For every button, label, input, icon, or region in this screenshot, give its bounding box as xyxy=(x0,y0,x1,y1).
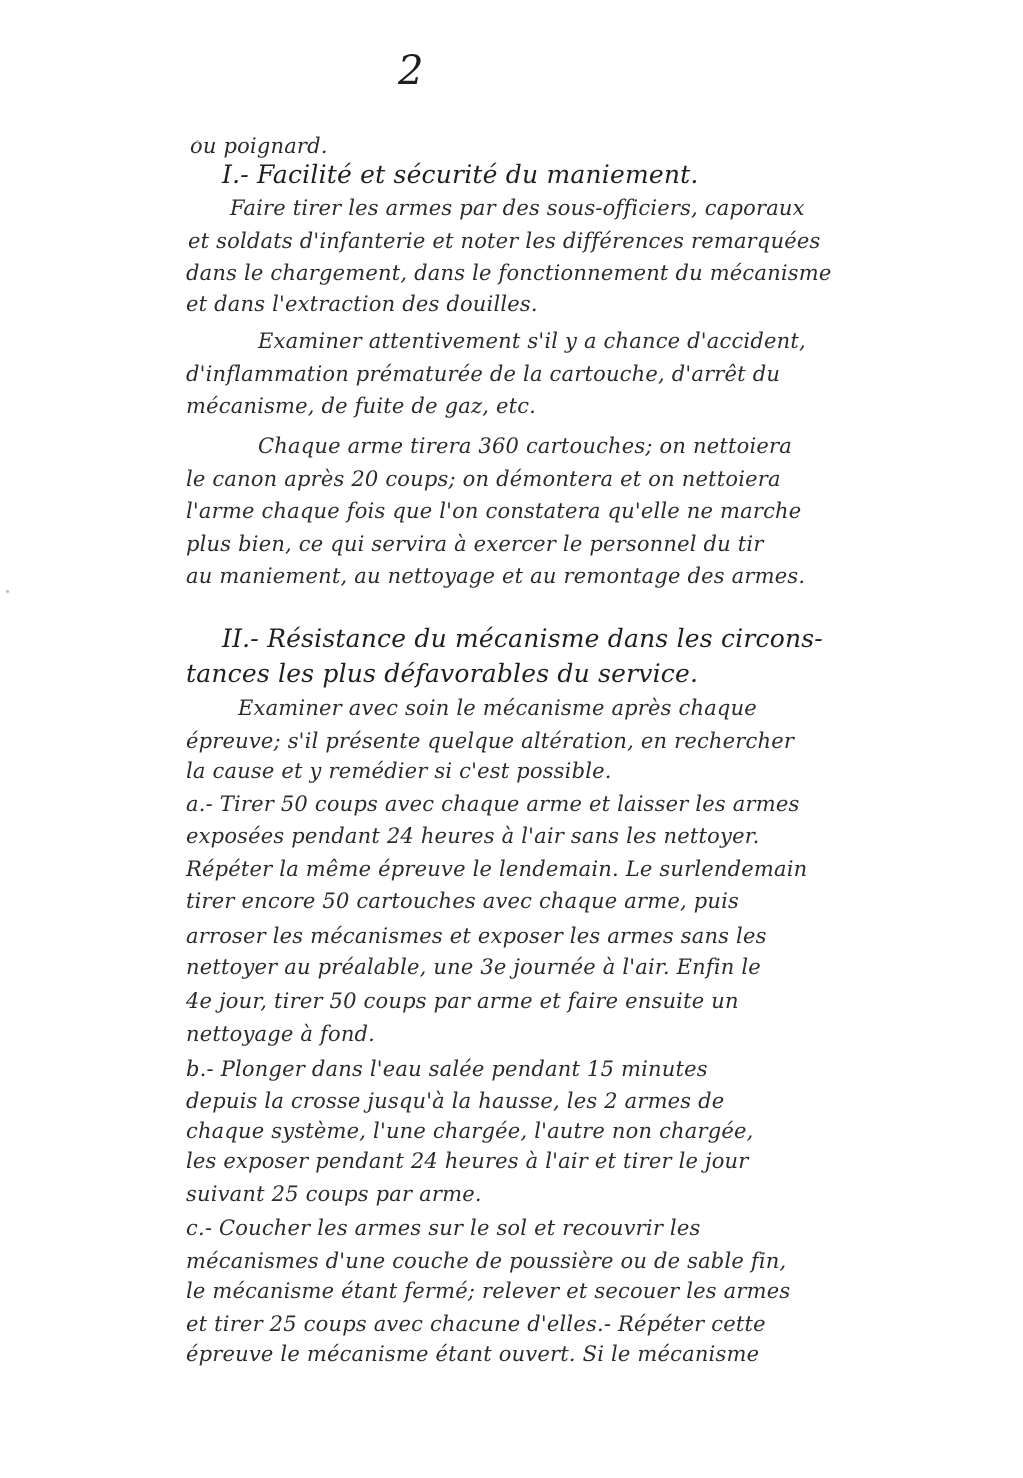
text-line: mécanisme, de fuite de gaz, etc. xyxy=(186,394,536,418)
text-line: Examiner avec soin le mécanisme après ch… xyxy=(238,696,757,720)
text-line: b.- Plonger dans l'eau salée pendant 15 … xyxy=(186,1057,708,1081)
document-page: 2 ou poignard.I.- Facilité et sécurité d… xyxy=(0,0,1023,1478)
paper-speck xyxy=(6,590,9,593)
section-heading-line: I.- Facilité et sécurité du maniement. xyxy=(222,160,699,189)
text-line: plus bien, ce qui servira à exercer le p… xyxy=(186,532,764,556)
text-line: le mécanisme étant fermé; relever et sec… xyxy=(186,1279,790,1303)
text-line: et tirer 25 coups avec chacune d'elles.-… xyxy=(186,1312,766,1336)
text-line: le canon après 20 coups; on démontera et… xyxy=(186,467,781,491)
text-line: l'arme chaque fois que l'on constatera q… xyxy=(186,499,801,523)
text-line: Examiner attentivement s'il y a chance d… xyxy=(258,329,806,353)
text-line: exposées pendant 24 heures à l'air sans … xyxy=(186,824,760,848)
text-line: Répéter la même épreuve le lendemain. Le… xyxy=(186,857,807,881)
text-line: et dans l'extraction des douilles. xyxy=(186,292,538,316)
text-line: nettoyer au préalable, une 3e journée à … xyxy=(186,955,761,979)
text-line: suivant 25 coups par arme. xyxy=(186,1182,482,1206)
section-heading-line: tances les plus défavorables du service. xyxy=(186,659,698,688)
text-line: ou poignard. xyxy=(190,134,328,158)
text-line: les exposer pendant 24 heures à l'air et… xyxy=(186,1149,749,1173)
text-line: tirer encore 50 cartouches avec chaque a… xyxy=(186,889,739,913)
text-line: depuis la crosse jusqu'à la hausse, les … xyxy=(186,1089,724,1113)
text-line: Chaque arme tirera 360 cartouches; on ne… xyxy=(258,434,792,458)
text-line: chaque système, l'une chargée, l'autre n… xyxy=(186,1119,754,1143)
section-heading-line: II.- Résistance du mécanisme dans les ci… xyxy=(222,624,823,653)
page-number: 2 xyxy=(398,48,423,94)
paper-speck xyxy=(196,140,199,143)
text-line: d'inflammation prématurée de la cartouch… xyxy=(186,362,780,386)
text-line: et soldats d'infanterie et noter les dif… xyxy=(188,229,821,253)
text-line: épreuve le mécanisme étant ouvert. Si le… xyxy=(186,1342,759,1366)
text-line: épreuve; s'il présente quelque altératio… xyxy=(186,729,794,753)
text-line: mécanismes d'une couche de poussière ou … xyxy=(186,1249,786,1273)
text-line: a.- Tirer 50 coups avec chaque arme et l… xyxy=(186,792,799,816)
text-line: Faire tirer les armes par des sous-offic… xyxy=(230,196,805,220)
text-line: arroser les mécanismes et exposer les ar… xyxy=(186,924,767,948)
text-line: c.- Coucher les armes sur le sol et reco… xyxy=(186,1216,700,1240)
text-line: la cause et y remédier si c'est possible… xyxy=(186,759,612,783)
text-line: dans le chargement, dans le fonctionneme… xyxy=(186,261,831,285)
text-line: 4e jour, tirer 50 coups par arme et fair… xyxy=(186,989,739,1013)
text-line: nettoyage à fond. xyxy=(186,1022,375,1046)
text-line: au maniement, au nettoyage et au remonta… xyxy=(186,564,805,588)
